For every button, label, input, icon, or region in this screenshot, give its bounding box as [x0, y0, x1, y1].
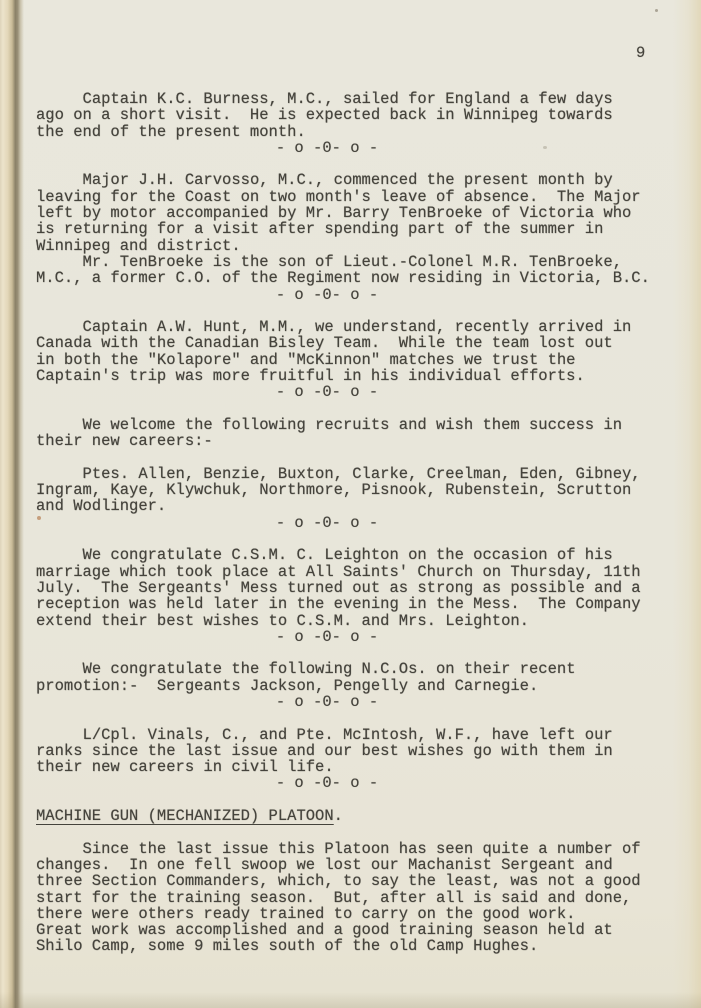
paragraph-nco-promotions: We congratulate the following N.C.Os. on…	[36, 661, 686, 694]
document-page: 9 Captain K.C. Burness, M.C., sailed for…	[0, 0, 701, 1008]
section-divider: - o -0- o -	[2, 287, 652, 303]
paragraph-recruit-names: Ptes. Allen, Benzie, Buxton, Clarke, Cre…	[36, 466, 686, 515]
section-divider: - o -0- o -	[2, 515, 652, 531]
paragraph-burness: Captain K.C. Burness, M.C., sailed for E…	[36, 91, 686, 140]
section-divider: - o -0- o -	[2, 140, 652, 156]
paragraph-platoon-changes: Since the last issue this Platoon has se…	[36, 841, 686, 955]
page-content: Captain K.C. Burness, M.C., sailed for E…	[36, 91, 686, 955]
page-number: 9	[636, 45, 645, 61]
section-divider: - o -0- o -	[2, 384, 652, 400]
paragraph-welcome-recruits: We welcome the following recruits and wi…	[36, 417, 686, 450]
section-heading-period: .	[334, 807, 343, 825]
section-heading-text: MACHINE GUN (MECHANIZED) PLATOON	[36, 807, 334, 825]
paragraph-departures: L/Cpl. Vinals, C., and Pte. McIntosh, W.…	[36, 727, 686, 776]
section-divider: - o -0- o -	[2, 629, 652, 645]
paragraph-carvosso-tenbroeke: Major J.H. Carvosso, M.C., commenced the…	[36, 172, 686, 286]
paragraph-hunt-bisley: Captain A.W. Hunt, M.M., we understand, …	[36, 319, 686, 384]
paper-speck	[655, 9, 658, 12]
section-divider: - o -0- o -	[2, 694, 652, 710]
paragraph-leighton-marriage: We congratulate C.S.M. C. Leighton on th…	[36, 547, 686, 628]
page-bottom-edge	[0, 992, 701, 1008]
section-divider: - o -0- o -	[2, 775, 652, 791]
section-heading-machine-gun-platoon: MACHINE GUN (MECHANIZED) PLATOON.	[36, 808, 686, 824]
